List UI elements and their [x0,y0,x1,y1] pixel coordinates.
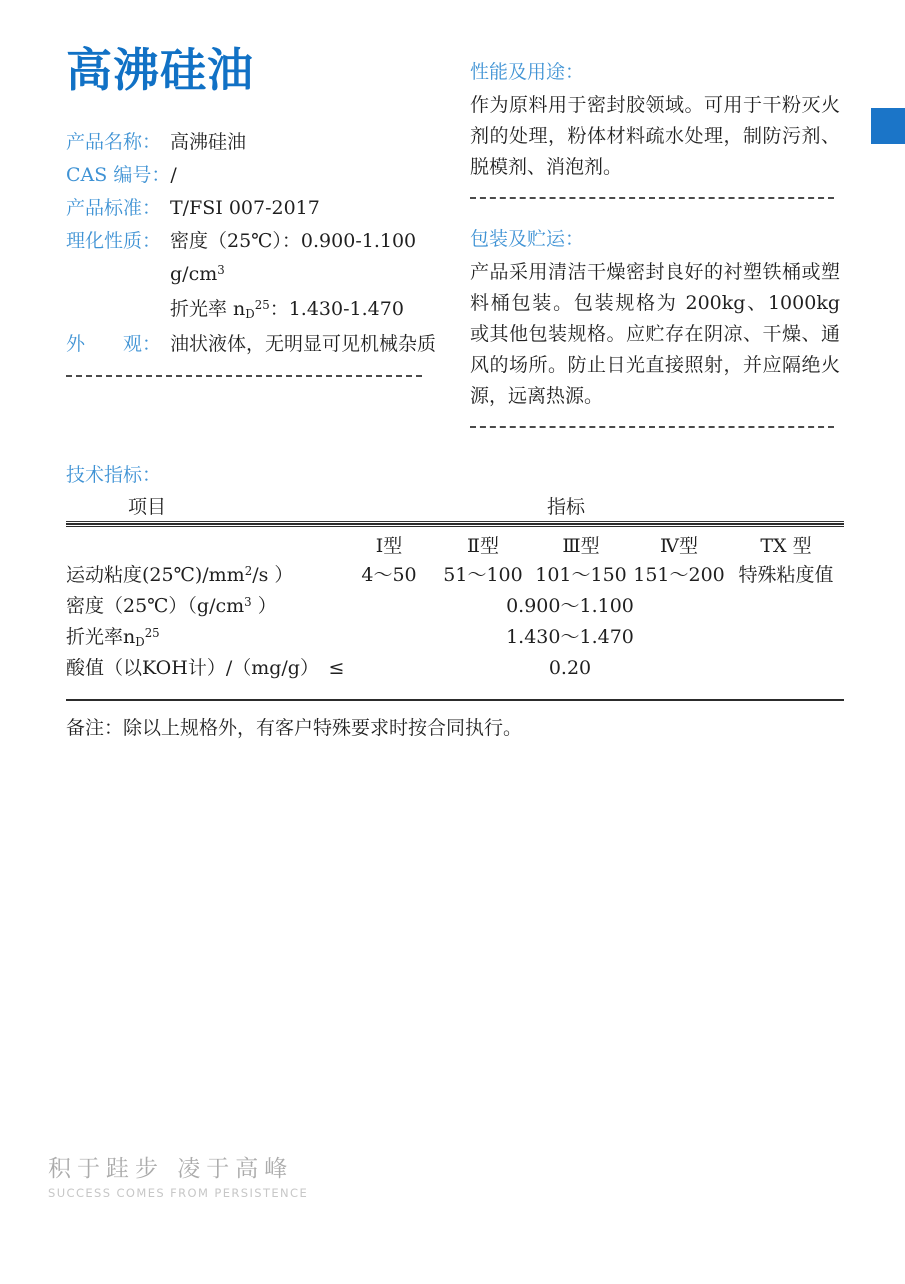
info-row-standard: 产品标准： T/FSI 007-2017 [66,192,468,225]
cell-span-value: 0.900～1.100 [344,592,844,621]
row-label: 运动粘度(25℃)/mm2/s ） [66,561,344,592]
header-index: 指标 [344,494,844,520]
dotted-divider [470,197,834,199]
row-label: 酸值（以KOH计）/（mg/g） ≤ [66,654,344,683]
superscript: 25 [145,626,160,640]
density-spec: 密度（25℃）：0.900-1.100 g/cm3 [170,230,416,285]
info-label: 理化性质： [66,225,170,328]
table-double-rule [66,523,844,527]
table-row-density: 密度（25℃）（g/cm3 ） 0.900～1.100 [66,592,844,623]
table-header-row: 项目 指标 [66,494,844,522]
info-label: 产品标准： [66,192,170,225]
footer-slogan-cn: 积于跬步 凌于高峰 [48,1150,308,1183]
table-row-acid: 酸值（以KOH计）/（mg/g） ≤ 0.20 [66,654,844,683]
cell-span-value: 1.430～1.470 [344,623,844,652]
info-row-appearance: 外 观： 油状液体，无明显可见机械杂质 [66,328,468,361]
tech-spec-heading: 技术指标： [66,462,844,488]
product-info-list: 产品名称： 高沸硅油 CAS 编号： / 产品标准： T/FSI 007-201… [66,126,468,361]
superscript: 2 [245,564,253,578]
info-row-product-name: 产品名称： 高沸硅油 [66,126,468,159]
row-label: 密度（25℃）（g/cm3 ） [66,592,344,623]
info-value: 油状液体，无明显可见机械杂质 [170,328,468,361]
footer-slogan-en: SUCCESS COMES FROM PERSISTENCE [48,1186,308,1200]
subscript: D [135,635,144,649]
subscript: D [245,307,254,321]
info-value: / [170,159,468,192]
cell-value: 特殊粘度值 [728,561,844,590]
cell-value: 101～150 [532,561,630,590]
column-type-2: Ⅱ型 [434,531,532,561]
cell-value: 4～50 [344,561,434,590]
tech-spec-section: 技术指标： 项目 指标 Ⅰ型 Ⅱ型 Ⅲ型 Ⅳ型 TX 型 运动粘度(25℃)/m… [66,462,844,743]
right-column: 性能及用途： 作为原料用于密封胶领域。可用于干粉灭火剂的处理，粉体材料疏水处理，… [470,58,840,428]
superscript: 25 [255,298,270,312]
performance-heading: 性能及用途： [470,58,840,86]
cell-value: 151～200 [630,561,728,590]
packaging-body: 产品采用清洁干燥密封良好的衬塑铁桶或塑料桶包装。包装规格为 200kg、1000… [470,257,840,412]
cell-span-value: 0.20 [344,654,844,683]
info-label: 外 观： [66,328,170,361]
packaging-section: 包装及贮运： 产品采用清洁干燥密封良好的衬塑铁桶或塑料桶包装。包装规格为 200… [470,225,840,428]
info-value: 密度（25℃）：0.900-1.100 g/cm3 折光率 nD25：1.430… [170,225,468,328]
corner-accent-square [871,108,905,144]
info-row-physchem: 理化性质： 密度（25℃）：0.900-1.100 g/cm3 折光率 nD25… [66,225,468,328]
column-type-3: Ⅲ型 [532,531,630,561]
info-label: 产品名称： [66,126,170,159]
dotted-divider [470,426,834,428]
info-label: CAS 编号： [66,159,170,192]
table-row-refractive: 折光率nD25 1.430～1.470 [66,623,844,654]
footer: 积于跬步 凌于高峰 SUCCESS COMES FROM PERSISTENCE [48,1150,308,1200]
column-type-tx: TX 型 [728,531,844,561]
header-item: 项目 [66,494,344,520]
column-type-4: Ⅳ型 [630,531,728,561]
dotted-divider [66,375,422,377]
refractive-spec: 折光率 nD25：1.430-1.470 [170,298,404,320]
superscript: 3 [244,595,252,609]
performance-body: 作为原料用于密封胶领域。可用于干粉灭火剂的处理，粉体材料疏水处理，制防污剂、脱模… [470,90,840,183]
table-bottom-rule [66,699,844,701]
info-value: T/FSI 007-2017 [170,192,468,225]
table-note: 备注：除以上规格外，有客户特殊要求时按合同执行。 [66,713,844,743]
superscript: 3 [217,263,225,277]
table-columns-row: Ⅰ型 Ⅱ型 Ⅲ型 Ⅳ型 TX 型 [66,531,844,561]
datasheet-page: 高沸硅油 产品名称： 高沸硅油 CAS 编号： / 产品标准： T/FSI 00… [0,0,905,1284]
cell-value: 51～100 [434,561,532,590]
info-row-cas: CAS 编号： / [66,159,468,192]
page-title: 高沸硅油 [66,42,468,98]
column-type-1: Ⅰ型 [344,531,434,561]
row-label: 折光率nD25 [66,623,344,654]
info-value: 高沸硅油 [170,126,468,159]
packaging-heading: 包装及贮运： [470,225,840,253]
table-row-viscosity: 运动粘度(25℃)/mm2/s ） 4～50 51～100 101～150 15… [66,561,844,592]
left-column: 高沸硅油 产品名称： 高沸硅油 CAS 编号： / 产品标准： T/FSI 00… [66,42,468,377]
